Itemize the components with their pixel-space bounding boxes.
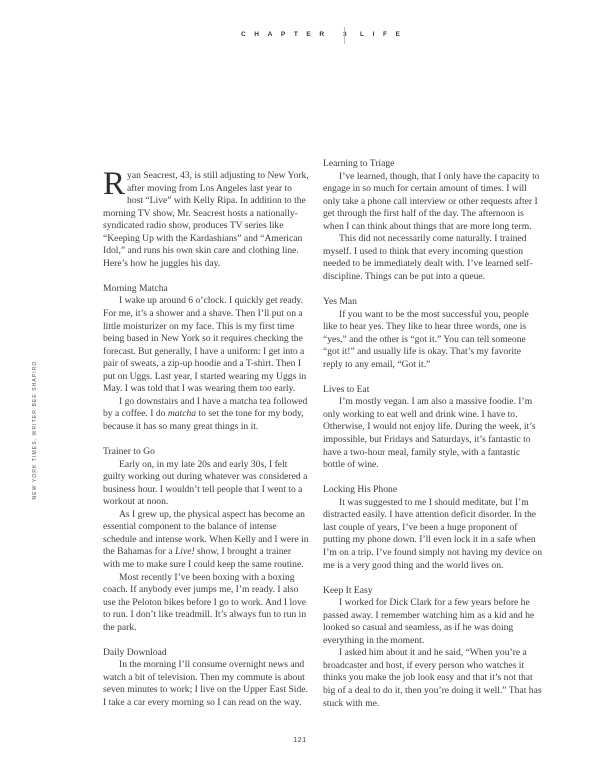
spacer [323,572,543,585]
section-heading-locking-his-phone: Locking His Phone [323,484,543,497]
section-heading-yes-man: Yes Man [323,296,543,309]
paragraph: I worked for Dick Clark for a few years … [323,597,543,647]
paragraph: I’ve learned, though, that I only have t… [323,171,543,234]
spacer [103,270,309,283]
section-heading-learning-to-triage: Learning to Triage [323,158,543,171]
paragraph: If you want to be the most successful yo… [323,309,543,372]
intro-paragraph: Ryan Seacrest, 43, is still adjusting to… [103,170,309,270]
spacer [323,283,543,296]
paragraph: Early on, in my late 20s and early 30s, … [103,459,309,509]
italic-text: Live! [175,546,195,557]
running-header: CHAPTER 3 LIFE [0,28,600,48]
paragraph: Most recently I’ve been boxing with a bo… [103,572,309,635]
italic-text: matcha [168,408,196,419]
section-heading-trainer-to-go: Trainer to Go [103,446,309,459]
left-column: Ryan Seacrest, 43, is still adjusting to… [103,170,309,710]
spacer [103,634,309,647]
paragraph: I asked him about it and he said, “When … [323,647,543,710]
header-divider [344,27,345,44]
paragraph: I wake up around 6 o’clock. I quickly ge… [103,295,309,395]
chapter-label: CHAPTER 3 [241,31,355,38]
spacer [323,472,543,485]
side-credit: NEW YORK TIMES, WRITER BEE SHAPIRO [32,361,38,500]
paragraph: I’m mostly vegan. I am also a massive fo… [323,396,543,471]
paragraph: As I grew up, the physical aspect has be… [103,509,309,572]
spacer [103,433,309,446]
paragraph: I go downstairs and I have a matcha tea … [103,396,309,434]
right-column: Learning to Triage I’ve learned, though,… [323,158,543,710]
drop-cap: R [103,171,125,197]
spacer [323,371,543,384]
section-heading-morning-matcha: Morning Matcha [103,283,309,296]
section-label: LIFE [360,31,408,38]
paragraph: It was suggested to me I should meditate… [323,497,543,572]
intro-text: yan Seacrest, 43, is still adjusting to … [103,170,309,269]
paragraph: This did not necessarily come naturally.… [323,233,543,283]
paragraph: In the morning I’ll consume overnight ne… [103,659,309,709]
section-heading-lives-to-eat: Lives to Eat [323,384,543,397]
page-number: 121 [0,737,600,744]
section-heading-keep-it-easy: Keep It Easy [323,585,543,598]
section-heading-daily-download: Daily Download [103,647,309,660]
